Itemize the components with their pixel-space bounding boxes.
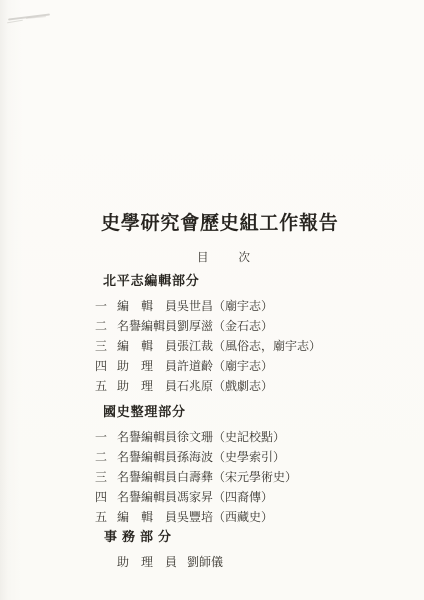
staff-assignment: （廟宇志） bbox=[213, 356, 273, 376]
staff-name: 石兆原 bbox=[177, 376, 213, 396]
staff-assignment: （史學索引） bbox=[213, 447, 285, 467]
staff-assignment: （戲劇志） bbox=[213, 376, 273, 396]
staff-role: 名譽編輯員 bbox=[117, 316, 175, 336]
staff-name: 劉厚滋 bbox=[177, 316, 213, 336]
staff-row: 三編 輯 員張江裁（風俗志，廟宇志） bbox=[95, 336, 321, 356]
section-heading-guoshi: 國史整理部分 bbox=[103, 402, 186, 422]
staff-name: 張江裁 bbox=[177, 336, 213, 356]
toc-heading: 目次 bbox=[197, 249, 280, 265]
staff-role: 編 輯 員 bbox=[117, 507, 175, 527]
staff-row: 四名譽編輯員馮家昇（四裔傳） bbox=[95, 487, 273, 507]
staff-row: 三名譽編輯員白壽彝（宋元學術史） bbox=[95, 467, 297, 487]
staff-assignment: （四裔傳） bbox=[213, 487, 273, 507]
staff-row: 一編 輯 員吳世昌（廟宇志） bbox=[95, 296, 273, 316]
staff-role: 助 理 員 bbox=[117, 376, 175, 396]
staff-row: 二名譽編輯員孫海波（史學索引） bbox=[95, 447, 285, 467]
section-heading-shiwu: 事務部分 bbox=[104, 527, 176, 547]
staff-assignment: （廟宇志） bbox=[213, 296, 273, 316]
staff-row: 二名譽編輯員劉厚滋（金石志） bbox=[95, 316, 273, 336]
staff-role: 名譽編輯員 bbox=[117, 427, 175, 447]
staff-role: 助 理 員 bbox=[117, 552, 175, 572]
staff-name: 劉師儀 bbox=[187, 552, 223, 572]
item-number: 三 bbox=[95, 467, 117, 487]
staff-role: 編 輯 員 bbox=[117, 336, 175, 356]
item-number: 五 bbox=[95, 507, 117, 527]
staff-assignment: （風俗志，廟宇志） bbox=[213, 336, 321, 356]
scanned-document-page: 史學研究會歷史組工作報告 目次 北平志編輯部分 一編 輯 員吳世昌（廟宇志） 二… bbox=[0, 0, 424, 600]
item-number: 五 bbox=[95, 376, 117, 396]
staff-name: 孫海波 bbox=[177, 447, 213, 467]
item-number: 一 bbox=[95, 296, 117, 316]
staff-name: 吳豐培 bbox=[177, 507, 213, 527]
staff-row: 五編 輯 員吳豐培（西藏史） bbox=[95, 507, 273, 527]
staff-role: 名譽編輯員 bbox=[117, 447, 175, 467]
staff-name: 許道齡 bbox=[177, 356, 213, 376]
item-number: 一 bbox=[95, 427, 117, 447]
staff-role: 編 輯 員 bbox=[117, 296, 175, 316]
staff-name: 白壽彝 bbox=[177, 467, 213, 487]
item-number: 四 bbox=[95, 356, 117, 376]
staff-name: 馮家昇 bbox=[177, 487, 213, 507]
staff-row: 助 理 員劉師儀 bbox=[95, 552, 223, 572]
staff-name: 吳世昌 bbox=[177, 296, 213, 316]
staff-name: 徐文珊 bbox=[177, 427, 213, 447]
staff-role: 助 理 員 bbox=[117, 356, 175, 376]
staff-row: 四助 理 員許道齡（廟宇志） bbox=[95, 356, 273, 376]
item-number: 二 bbox=[95, 316, 117, 336]
staff-role: 名譽編輯員 bbox=[117, 467, 175, 487]
page-title: 史學研究會歷史組工作報告 bbox=[101, 208, 339, 235]
staff-row: 五助 理 員石兆原（戲劇志） bbox=[95, 376, 273, 396]
staff-assignment: （宋元學術史） bbox=[213, 467, 297, 487]
staff-assignment: （金石志） bbox=[213, 316, 273, 336]
item-number: 二 bbox=[95, 447, 117, 467]
staff-role: 名譽編輯員 bbox=[117, 487, 175, 507]
item-number: 三 bbox=[95, 336, 117, 356]
section-heading-beipingzhi: 北平志編輯部分 bbox=[103, 271, 200, 291]
staff-assignment: （史記校點） bbox=[213, 427, 285, 447]
staff-row: 一名譽編輯員徐文珊（史記校點） bbox=[95, 427, 285, 447]
staff-assignment: （西藏史） bbox=[213, 507, 273, 527]
pencil-mark-artifact bbox=[26, 16, 46, 19]
item-number: 四 bbox=[95, 487, 117, 507]
